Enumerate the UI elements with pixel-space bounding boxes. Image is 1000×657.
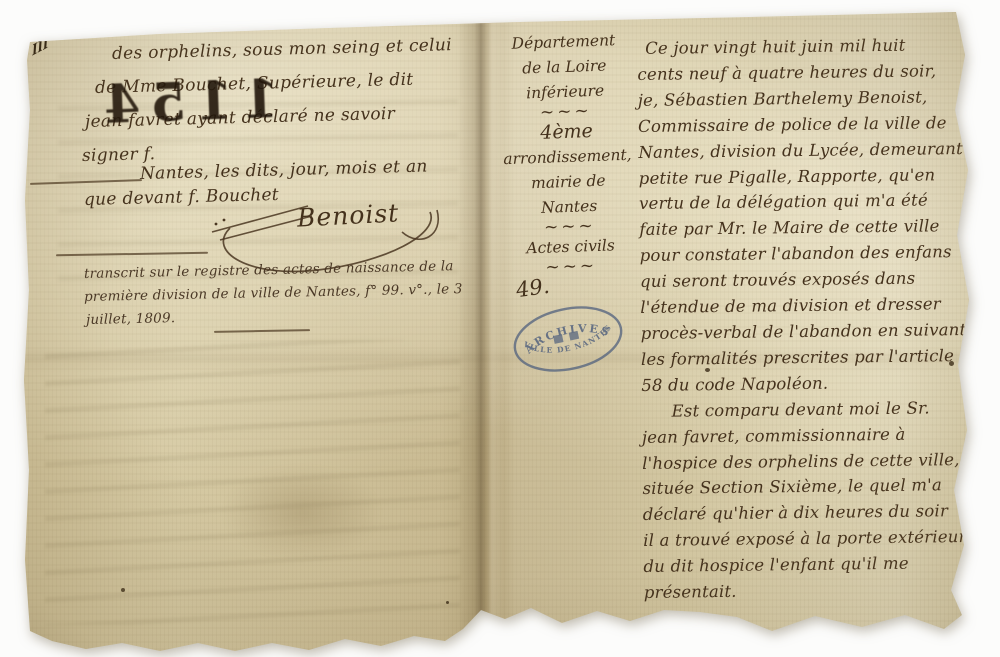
manuscript-paper: III des orphelins, sous mon seing et cel…	[0, 0, 1000, 657]
scan-background: III des orphelins, sous mon seing et cel…	[0, 0, 1000, 657]
paper-shadow-wrap: III des orphelins, sous mon seing et cel…	[0, 0, 1000, 657]
edge-vignette	[0, 0, 1000, 657]
